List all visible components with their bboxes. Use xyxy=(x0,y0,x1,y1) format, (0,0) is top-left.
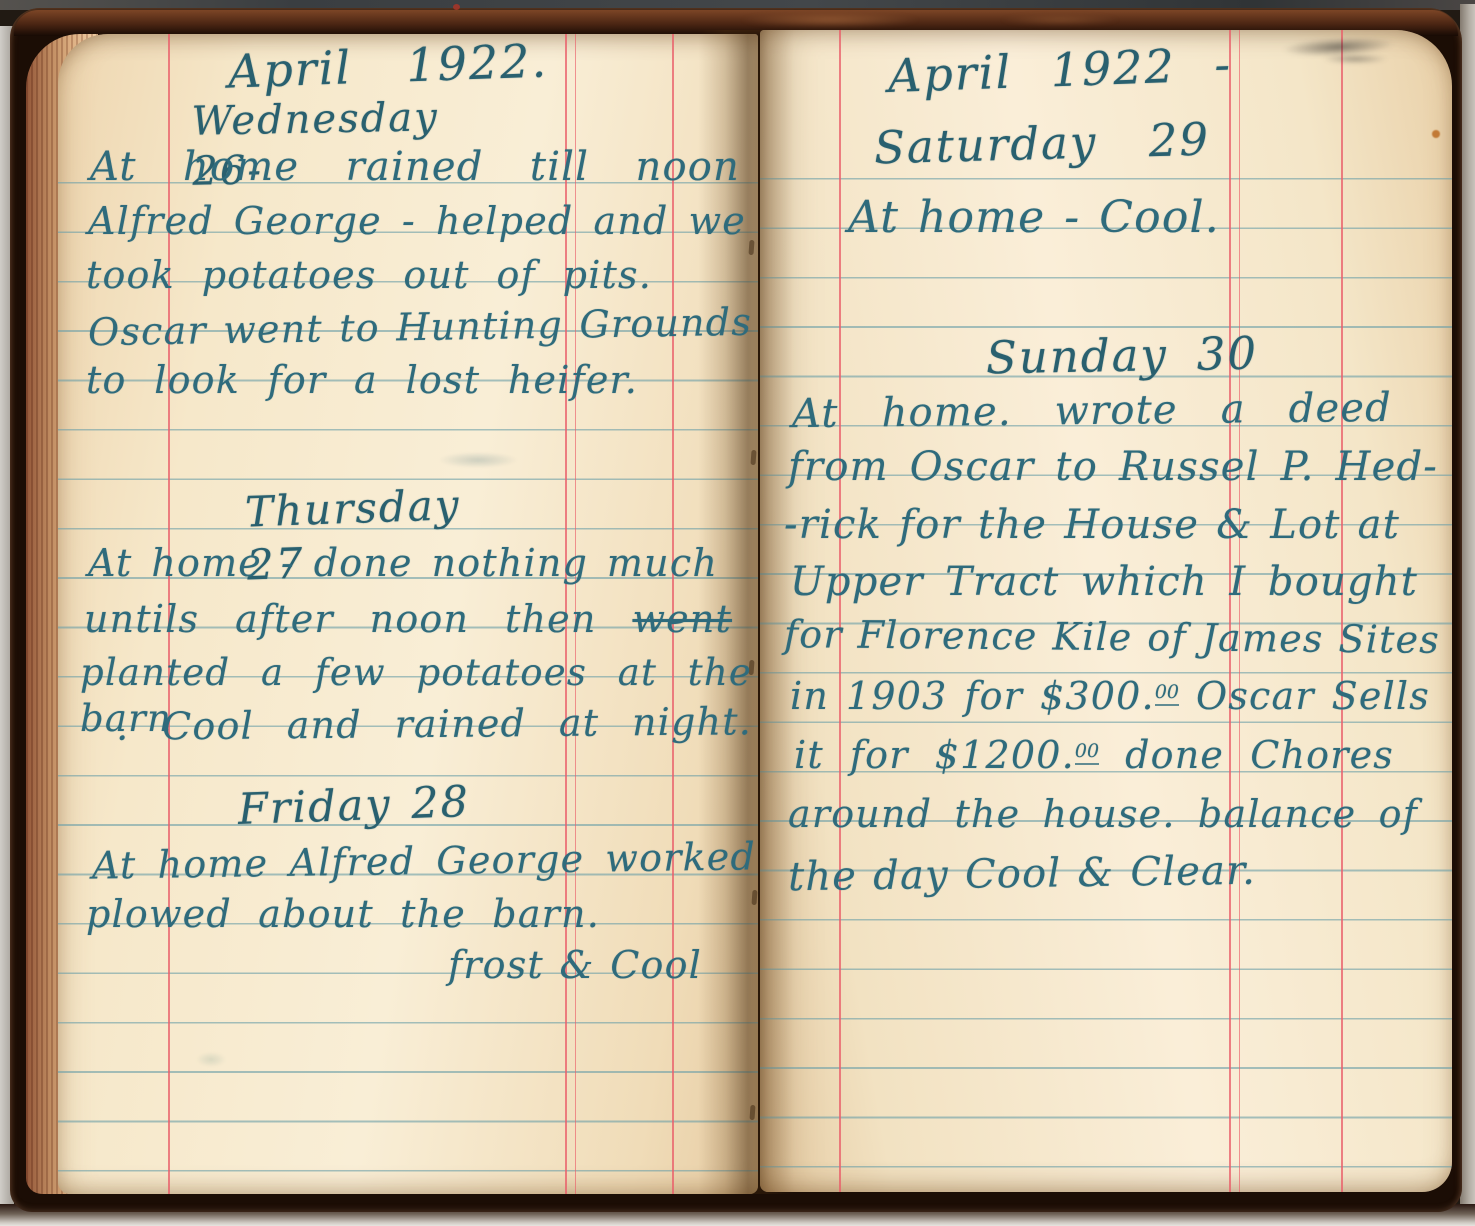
superscript-cents: 00 xyxy=(1075,740,1099,765)
diary-line: At home - Cool. xyxy=(848,190,1220,245)
diary-line: the day Cool & Clear. xyxy=(788,846,1257,903)
diary-line: -rick for the House & Lot at xyxy=(784,500,1400,550)
diary-line: untils after noon then went xyxy=(84,596,732,644)
superscript-cents: 00 xyxy=(1155,681,1179,706)
entry-heading: Saturday 29 xyxy=(873,112,1210,177)
diary-line: Upper Tract which I bought xyxy=(790,557,1418,607)
diary-line: At home rained till noon xyxy=(90,142,740,192)
diary-line: . Cool and rained at night. xyxy=(116,698,752,751)
diary-line-text: done Chores xyxy=(1099,733,1394,777)
diary-line: it for $1200.00 done Chores xyxy=(794,732,1394,780)
diary-line: frost & Cool xyxy=(448,942,702,990)
diary-line: in 1903 for $300.00 Oscar Sells xyxy=(790,673,1430,721)
entry-heading: Sunday 30 xyxy=(986,326,1259,387)
diary-line-text: Oscar Sells xyxy=(1179,674,1430,718)
diary-line: Oscar went to Hunting Grounds xyxy=(88,299,753,357)
diary-line: to look for a lost heifer. xyxy=(86,357,638,405)
diary-line: At home Alfred George worked xyxy=(92,833,757,890)
diary-line-text: it for $1200. xyxy=(794,733,1075,777)
entry-heading: Friday 28 xyxy=(237,776,471,838)
diary-line-text: untils after noon then xyxy=(84,597,632,641)
handwriting-layer: April 1922. Wednesday 26- At home rained… xyxy=(0,0,1475,1226)
diary-line: plowed about the barn. xyxy=(86,891,600,939)
diary-line: took potatoes out of pits. xyxy=(86,252,652,300)
diary-line-text: in 1903 for $300. xyxy=(790,674,1155,718)
diary-line: around the house. balance of xyxy=(788,791,1418,839)
struck-word: went xyxy=(632,597,732,641)
diary-line: from Oscar to Russel P. Hed- xyxy=(788,442,1438,492)
month-header: April 1922 - xyxy=(887,36,1233,105)
diary-line: At home. wrote a deed xyxy=(792,383,1392,439)
diary-line: for Florence Kile of James Sites xyxy=(784,611,1440,664)
diary-line: At home - done nothing much xyxy=(88,540,718,588)
diary-scan: April 1922. Wednesday 26- At home rained… xyxy=(0,0,1475,1226)
diary-line: Alfred George - helped and we xyxy=(88,198,746,246)
